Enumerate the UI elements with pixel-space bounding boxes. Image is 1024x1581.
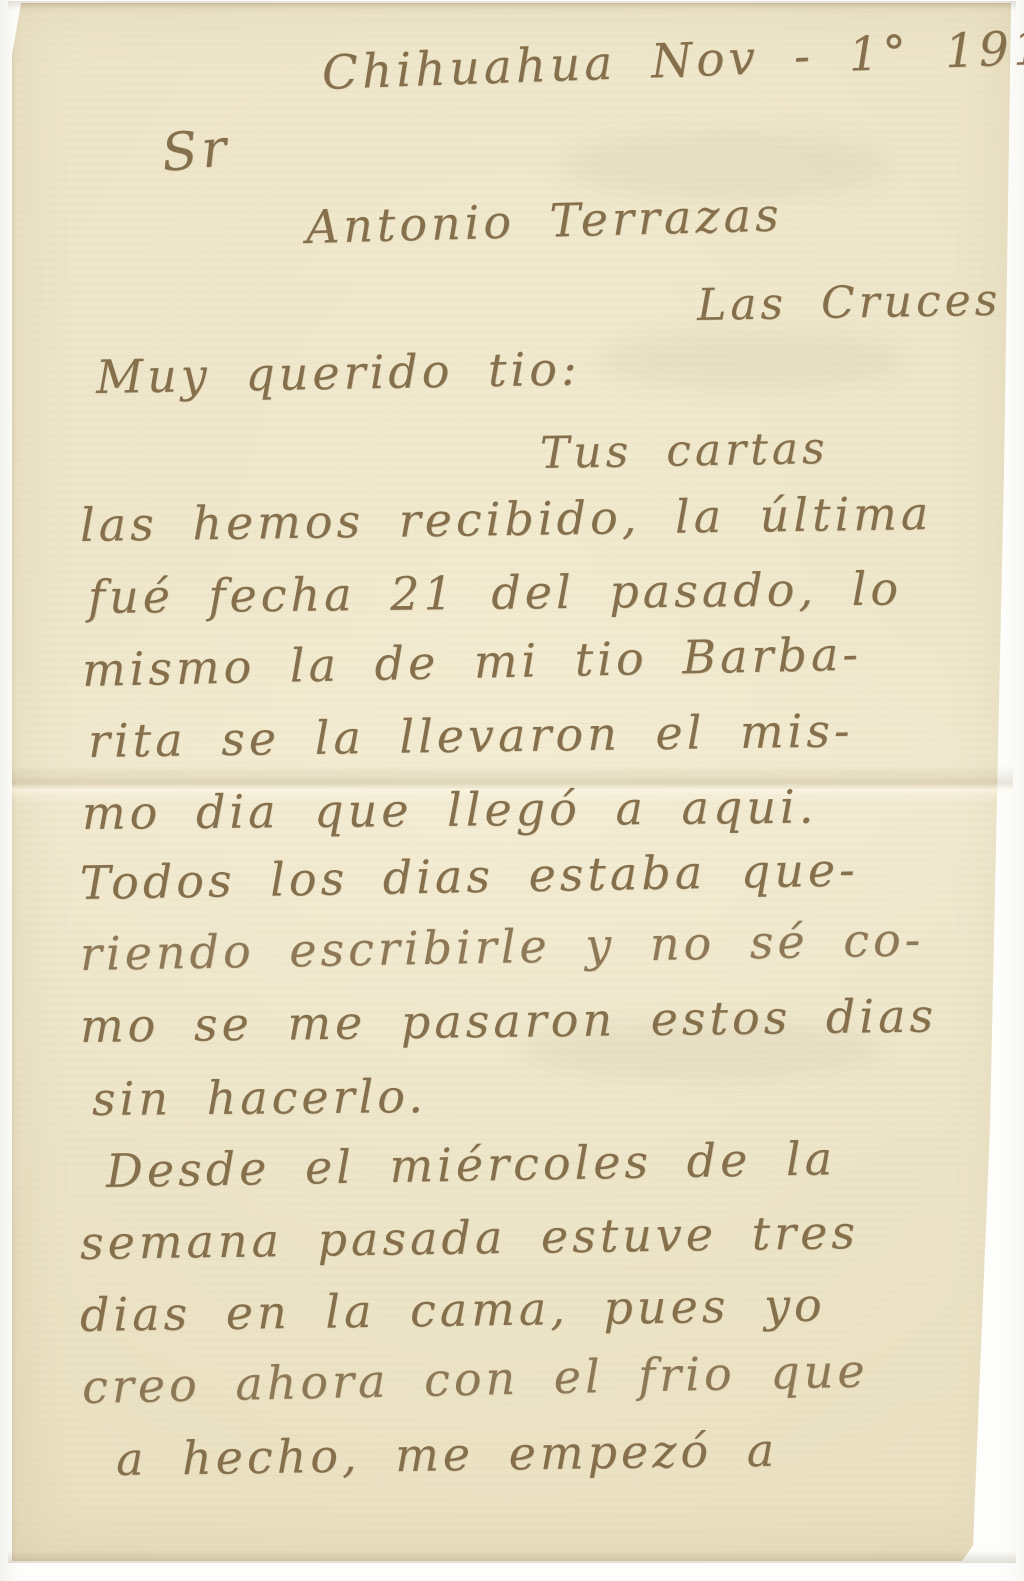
letter-addressee-name: Antonio Terrazas <box>305 190 783 253</box>
letter-body-line: las hemos recibido, la última <box>80 488 933 550</box>
letter-body-line: mo se me pasaron estos dias <box>80 991 938 1052</box>
letter-addressee-place: Las Cruces <box>697 277 1002 331</box>
letter-body-line: Desde el miércoles de la <box>106 1133 837 1196</box>
letter-body-line: dias en la cama, pues yo <box>80 1280 826 1341</box>
letter-opening-words: Tus cartas <box>540 425 829 478</box>
letter-body-line: a hecho, me empezó a <box>116 1425 779 1485</box>
letter-body-line: fué fecha 21 del pasado, lo <box>88 563 903 622</box>
letter-addressee-title: Sr <box>160 120 233 183</box>
letter-body-line: rita se la llevaron el mis- <box>88 705 854 766</box>
letter-body-line: semana pasada estuve tres <box>80 1207 860 1268</box>
letter-salutation: Muy querido tio: <box>96 344 581 403</box>
scanned-letter-page: Chihuahua Nov - 1° 1914 Sr Antonio Terra… <box>0 0 1024 1581</box>
letter-body-line: sin hacerlo. <box>92 1071 427 1125</box>
letter-body-line: mo dia que llegó a aqui. <box>82 782 818 839</box>
